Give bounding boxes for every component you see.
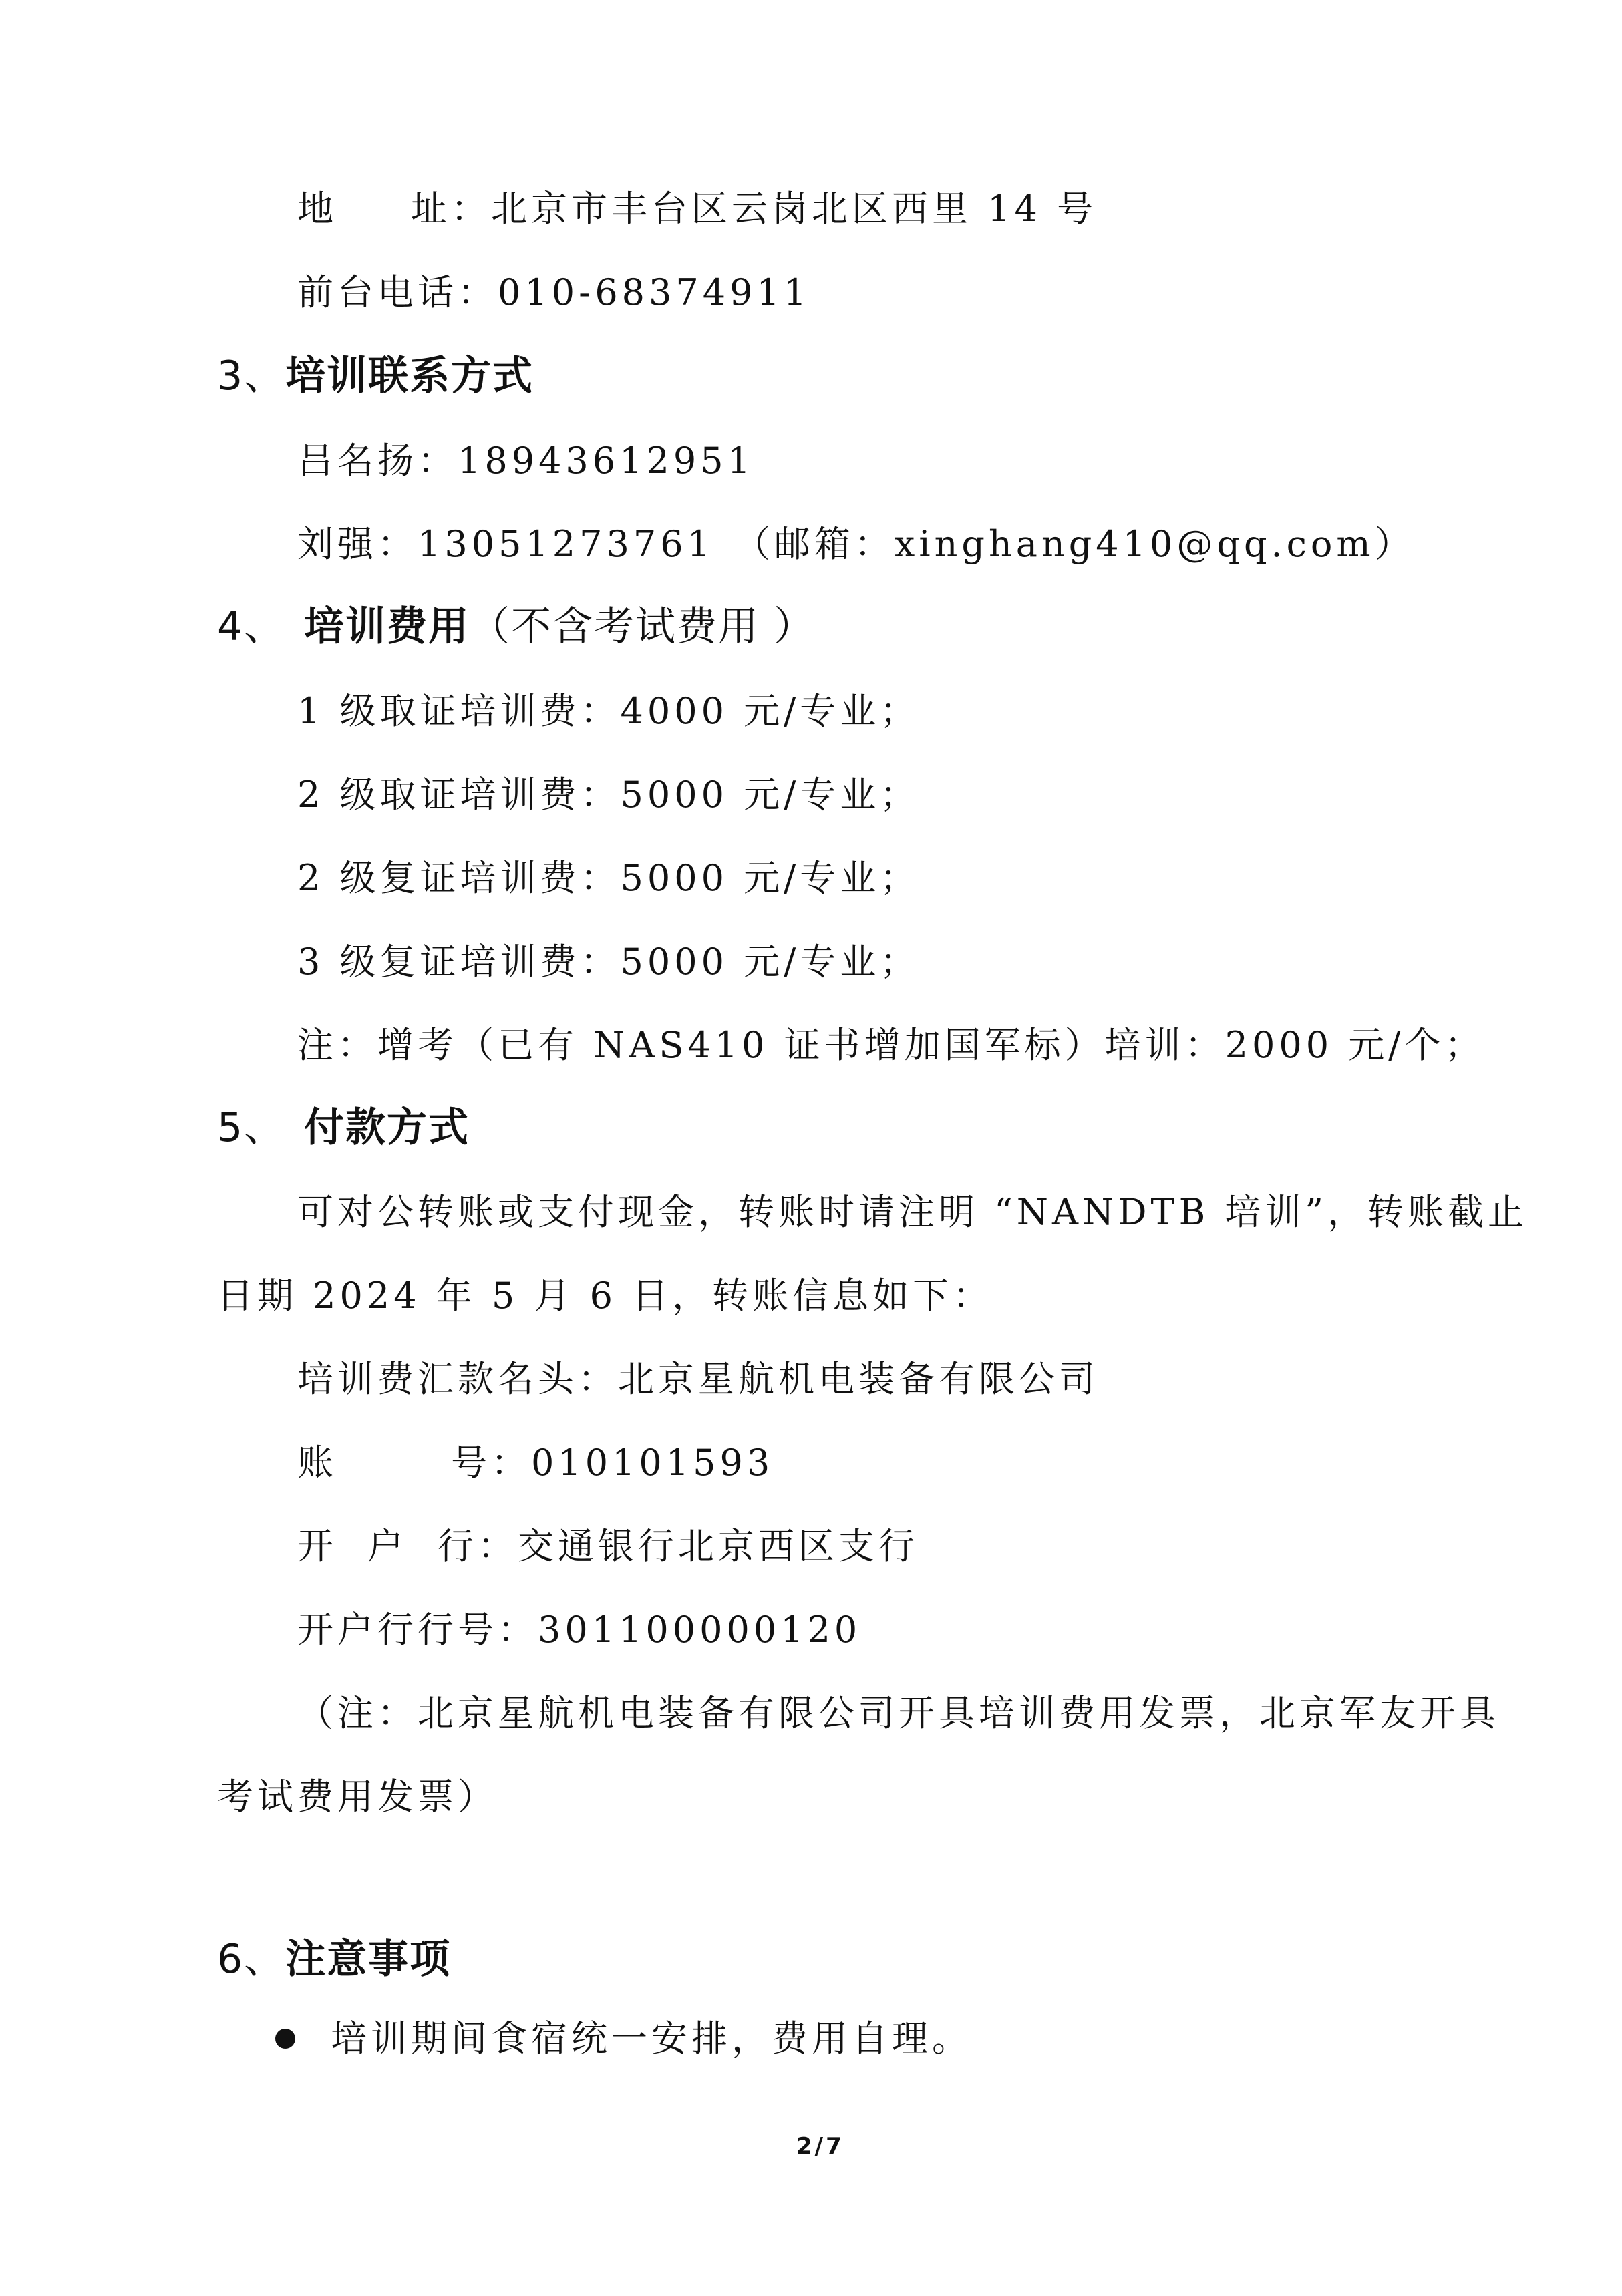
section-6-title: 注意事项 — [285, 1936, 451, 1983]
bank-code-line: 开户行行号：301100000120 — [297, 1610, 861, 1650]
bank-value: 交通银行北京西区支行 — [518, 1525, 919, 1567]
bank-label-b: 户 — [367, 1525, 408, 1567]
payee-value: 北京星航机电装备有限公司 — [618, 1358, 1099, 1400]
contact-phone: 13051273761 — [418, 523, 714, 565]
bank-label-c: 行： — [438, 1525, 518, 1567]
account-label-b: 号： — [451, 1442, 531, 1484]
address-label-b: 址： — [411, 188, 491, 230]
fee-item: 3 级复证培训费：5000 元/专业； — [297, 942, 920, 982]
phone-line: 前台电话：010-68374911 — [297, 273, 810, 313]
notice-item: 培训期间食宿统一安排，费用自理。 — [331, 2019, 972, 2059]
section-4-title: 培训费用 — [304, 603, 470, 650]
fee-item: 2 级取证培训费：5000 元/专业； — [297, 775, 920, 815]
address-label-a: 地 — [297, 188, 337, 230]
account-line: 账号：010101593 — [297, 1443, 774, 1483]
contact-phone: 18943612951 — [458, 440, 754, 482]
payee-label: 培训费汇款名头： — [297, 1358, 618, 1400]
account-label-a: 账 — [297, 1442, 337, 1484]
invoice-note-line-2: 考试费用发票） — [217, 1777, 498, 1817]
contact-email: （邮箱：xinghang410@qq.com） — [734, 523, 1415, 565]
page-indicator: 2/7 — [796, 2133, 844, 2160]
invoice-note-line-1: （注：北京星航机电装备有限公司开具培训费用发票，北京军友开具 — [297, 1693, 1500, 1734]
address-value: 北京市丰台区云岗北区西里 14 号 — [491, 188, 1097, 230]
bank-code-label: 开户行行号： — [297, 1609, 538, 1651]
contact-line-1: 吕名扬：18943612951 — [297, 441, 754, 481]
fee-item: 2 级复证培训费：5000 元/专业； — [297, 858, 920, 898]
bank-label-a: 开 — [297, 1525, 337, 1567]
account-value: 010101593 — [531, 1442, 774, 1484]
bank-code-value: 301100000120 — [538, 1609, 861, 1651]
fee-item: 1 级取证培训费：4000 元/专业； — [297, 691, 920, 731]
phone-label: 前台电话： — [297, 271, 498, 313]
section-4-heading: 4、培训费用（不含考试费用 ） — [217, 605, 815, 649]
bank-line: 开户行：交通银行北京西区支行 — [297, 1526, 919, 1567]
section-6-heading: 6、注意事项 — [217, 1937, 451, 1981]
section-6-number: 6、 — [217, 1937, 285, 1981]
section-4-number: 4、 — [217, 605, 304, 649]
payment-paragraph-line-2: 日期 2024 年 5 月 6 日，转账信息如下： — [217, 1276, 993, 1316]
section-3-title: 培训联系方式 — [285, 353, 534, 399]
payment-paragraph-line-1: 可对公转账或支付现金，转账时请注明 “NANDTB 培训”，转账截止 — [297, 1192, 1528, 1233]
payee-line: 培训费汇款名头：北京星航机电装备有限公司 — [297, 1359, 1099, 1400]
section-5-heading: 5、付款方式 — [217, 1106, 470, 1150]
section-5-title: 付款方式 — [304, 1104, 470, 1151]
phone-value: 010-68374911 — [498, 271, 810, 313]
section-5-number: 5、 — [217, 1106, 304, 1150]
bullet-dot-icon — [275, 2029, 295, 2049]
section-4-title-note: （不含考试费用 ） — [470, 603, 815, 650]
section-3-heading: 3、培训联系方式 — [217, 354, 534, 398]
address-line: 地址：北京市丰台区云岗北区西里 14 号 — [297, 189, 1097, 229]
fee-note: 注：增考（已有 NAS410 证书增加国军标）培训：2000 元/个； — [297, 1025, 1484, 1065]
section-3-number: 3、 — [217, 354, 285, 398]
contact-name: 吕名扬： — [297, 440, 458, 482]
contact-line-2: 刘强：13051273761（邮箱：xinghang410@qq.com） — [297, 524, 1415, 564]
contact-name: 刘强： — [297, 523, 418, 565]
